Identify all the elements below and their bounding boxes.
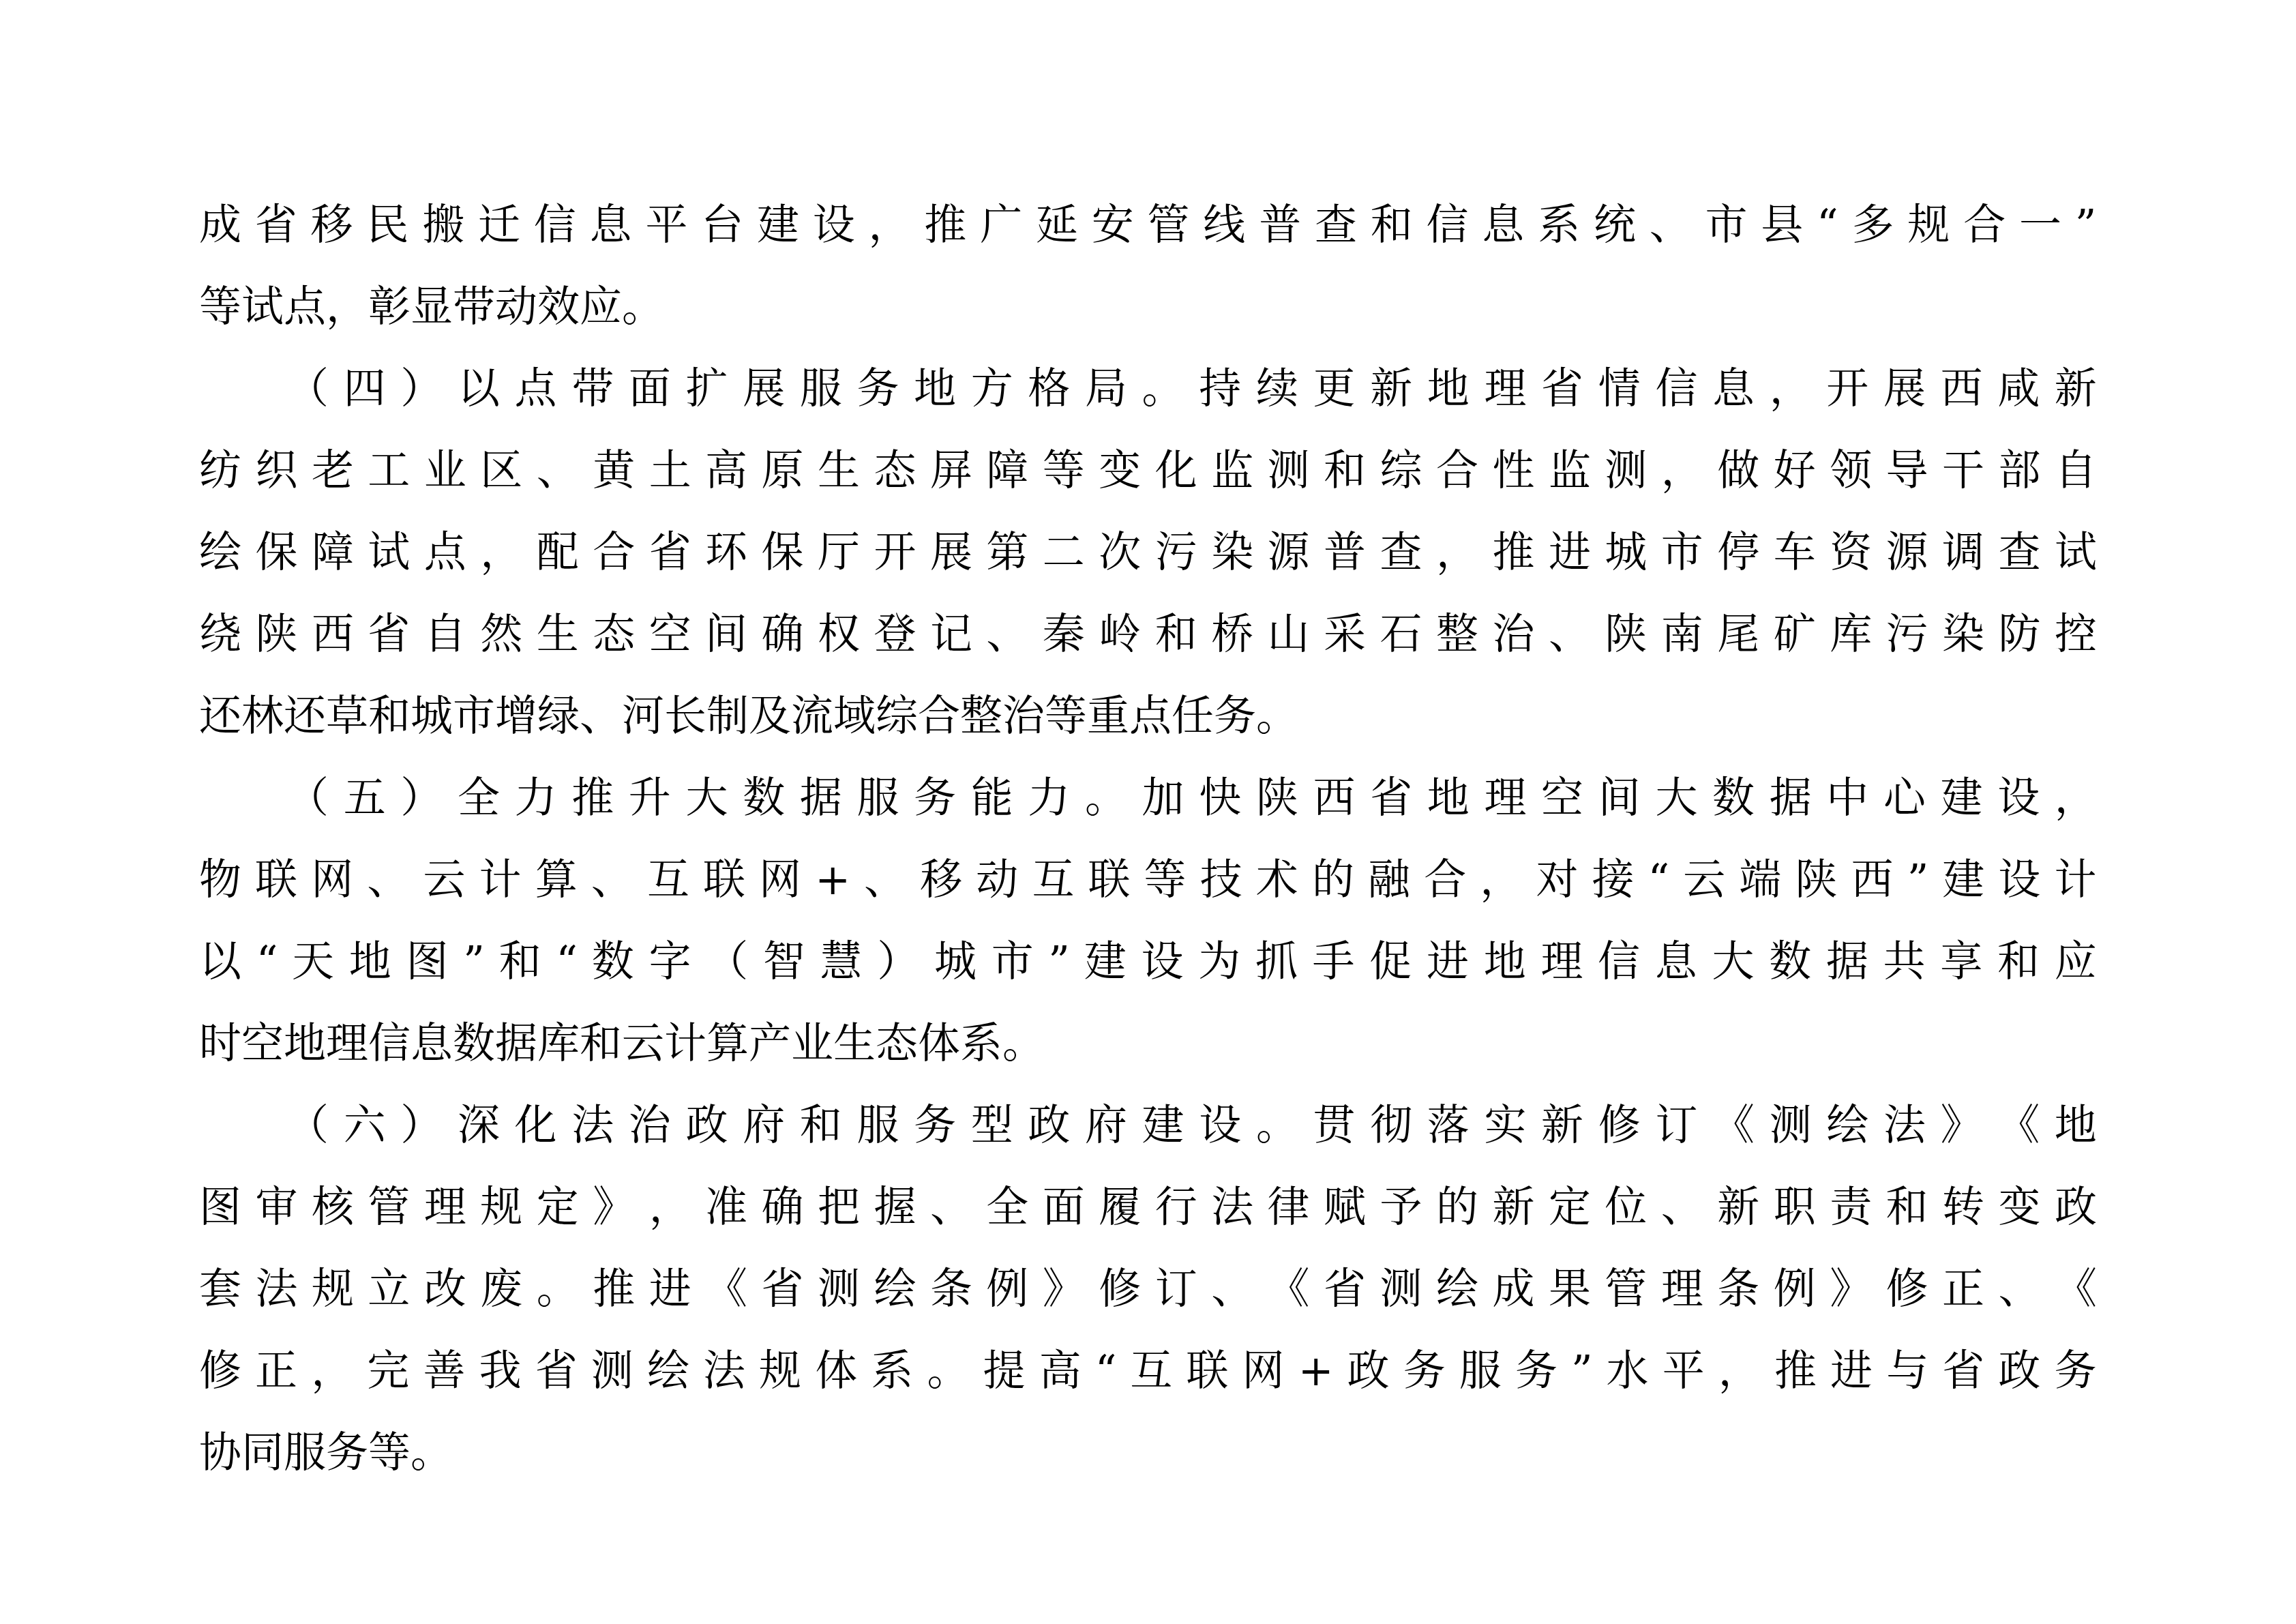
- text-line: 还林还草和城市增绿、河长制及流域综合整治等重点任务。: [199, 675, 2097, 757]
- text-line: 成​ 省​ 移​ 民​ 搬​ 迁​ 信​ 息​ 平​ 台​ 建​ 设​ ，​ 推…: [199, 184, 2097, 266]
- text-line: 绘​ 保​ 障​ 试​ 点​ ，​ 配​ 合​ 省​ 环​ 保​ 厅​ 开​ 展…: [199, 512, 2097, 593]
- text-line: 物​ 联​ 网​ 、​ 云​ 计​ 算​ 、​ 互​ 联​ 网​ +​ 、​ 移…: [199, 839, 2097, 921]
- paragraph-4: （​ 四​ ）​ 以​ 点​ 带​ 面​ 扩​ 展​ 服​ 务​ 地​ 方​ 格…: [199, 348, 2097, 757]
- text-line: 绕​ 陕​ 西​ 省​ 自​ 然​ 生​ 态​ 空​ 间​ 确​ 权​ 登​ 记…: [199, 593, 2097, 675]
- paragraph-first-line: （​ 六​ ）​ 深​ 化​ 法​ 治​ 政​ 府​ 和​ 服​ 务​ 型​ 政…: [199, 1084, 2097, 1166]
- paragraph-continuation: 成​ 省​ 移​ 民​ 搬​ 迁​ 信​ 息​ 平​ 台​ 建​ 设​ ，​ 推…: [199, 184, 2097, 348]
- text-line: 套​ 法​ 规​ 立​ 改​ 废​ 。​ 推​ 进​ 《​ 省​ 测​ 绘​ 条…: [199, 1248, 2097, 1330]
- document-page: 成​ 省​ 移​ 民​ 搬​ 迁​ 信​ 息​ 平​ 台​ 建​ 设​ ，​ 推…: [0, 0, 2296, 1624]
- body-text: 成​ 省​ 移​ 民​ 搬​ 迁​ 信​ 息​ 平​ 台​ 建​ 设​ ，​ 推…: [199, 184, 2097, 1494]
- paragraph-first-line: （​ 五​ ）​ 全​ 力​ 推​ 升​ 大​ 数​ 据​ 服​ 务​ 能​ 力…: [199, 757, 2097, 839]
- paragraph-first-line: （​ 四​ ）​ 以​ 点​ 带​ 面​ 扩​ 展​ 服​ 务​ 地​ 方​ 格…: [199, 348, 2097, 430]
- text-line: 纺​ 织​ 老​ 工​ 业​ 区​ 、​ 黄​ 土​ 高​ 原​ 生​ 态​ 屏…: [199, 430, 2097, 512]
- paragraph-6: （​ 六​ ）​ 深​ 化​ 法​ 治​ 政​ 府​ 和​ 服​ 务​ 型​ 政…: [199, 1084, 2097, 1494]
- text-line: 修​ 正​ ，​ 完​ 善​ 我​ 省​ 测​ 绘​ 法​ 规​ 体​ 系​ 。…: [199, 1330, 2097, 1412]
- text-line: 图​ 审​ 核​ 管​ 理​ 规​ 定​ 》​ ，​ 准​ 确​ 把​ 握​ 、…: [199, 1166, 2097, 1248]
- paragraph-5: （​ 五​ ）​ 全​ 力​ 推​ 升​ 大​ 数​ 据​ 服​ 务​ 能​ 力…: [199, 757, 2097, 1084]
- text-line: 协同服务等。: [199, 1412, 2097, 1494]
- text-line: 时空地理信息数据库和云计算产业生态体系。: [199, 1003, 2097, 1084]
- text-line: 以​ “​ 天​ 地​ 图​ ”​ 和​ “​ 数​ 字​ （​ 智​ 慧​ ）…: [199, 921, 2097, 1003]
- text-line: 等试点，彰显带动效应。: [199, 266, 2097, 348]
